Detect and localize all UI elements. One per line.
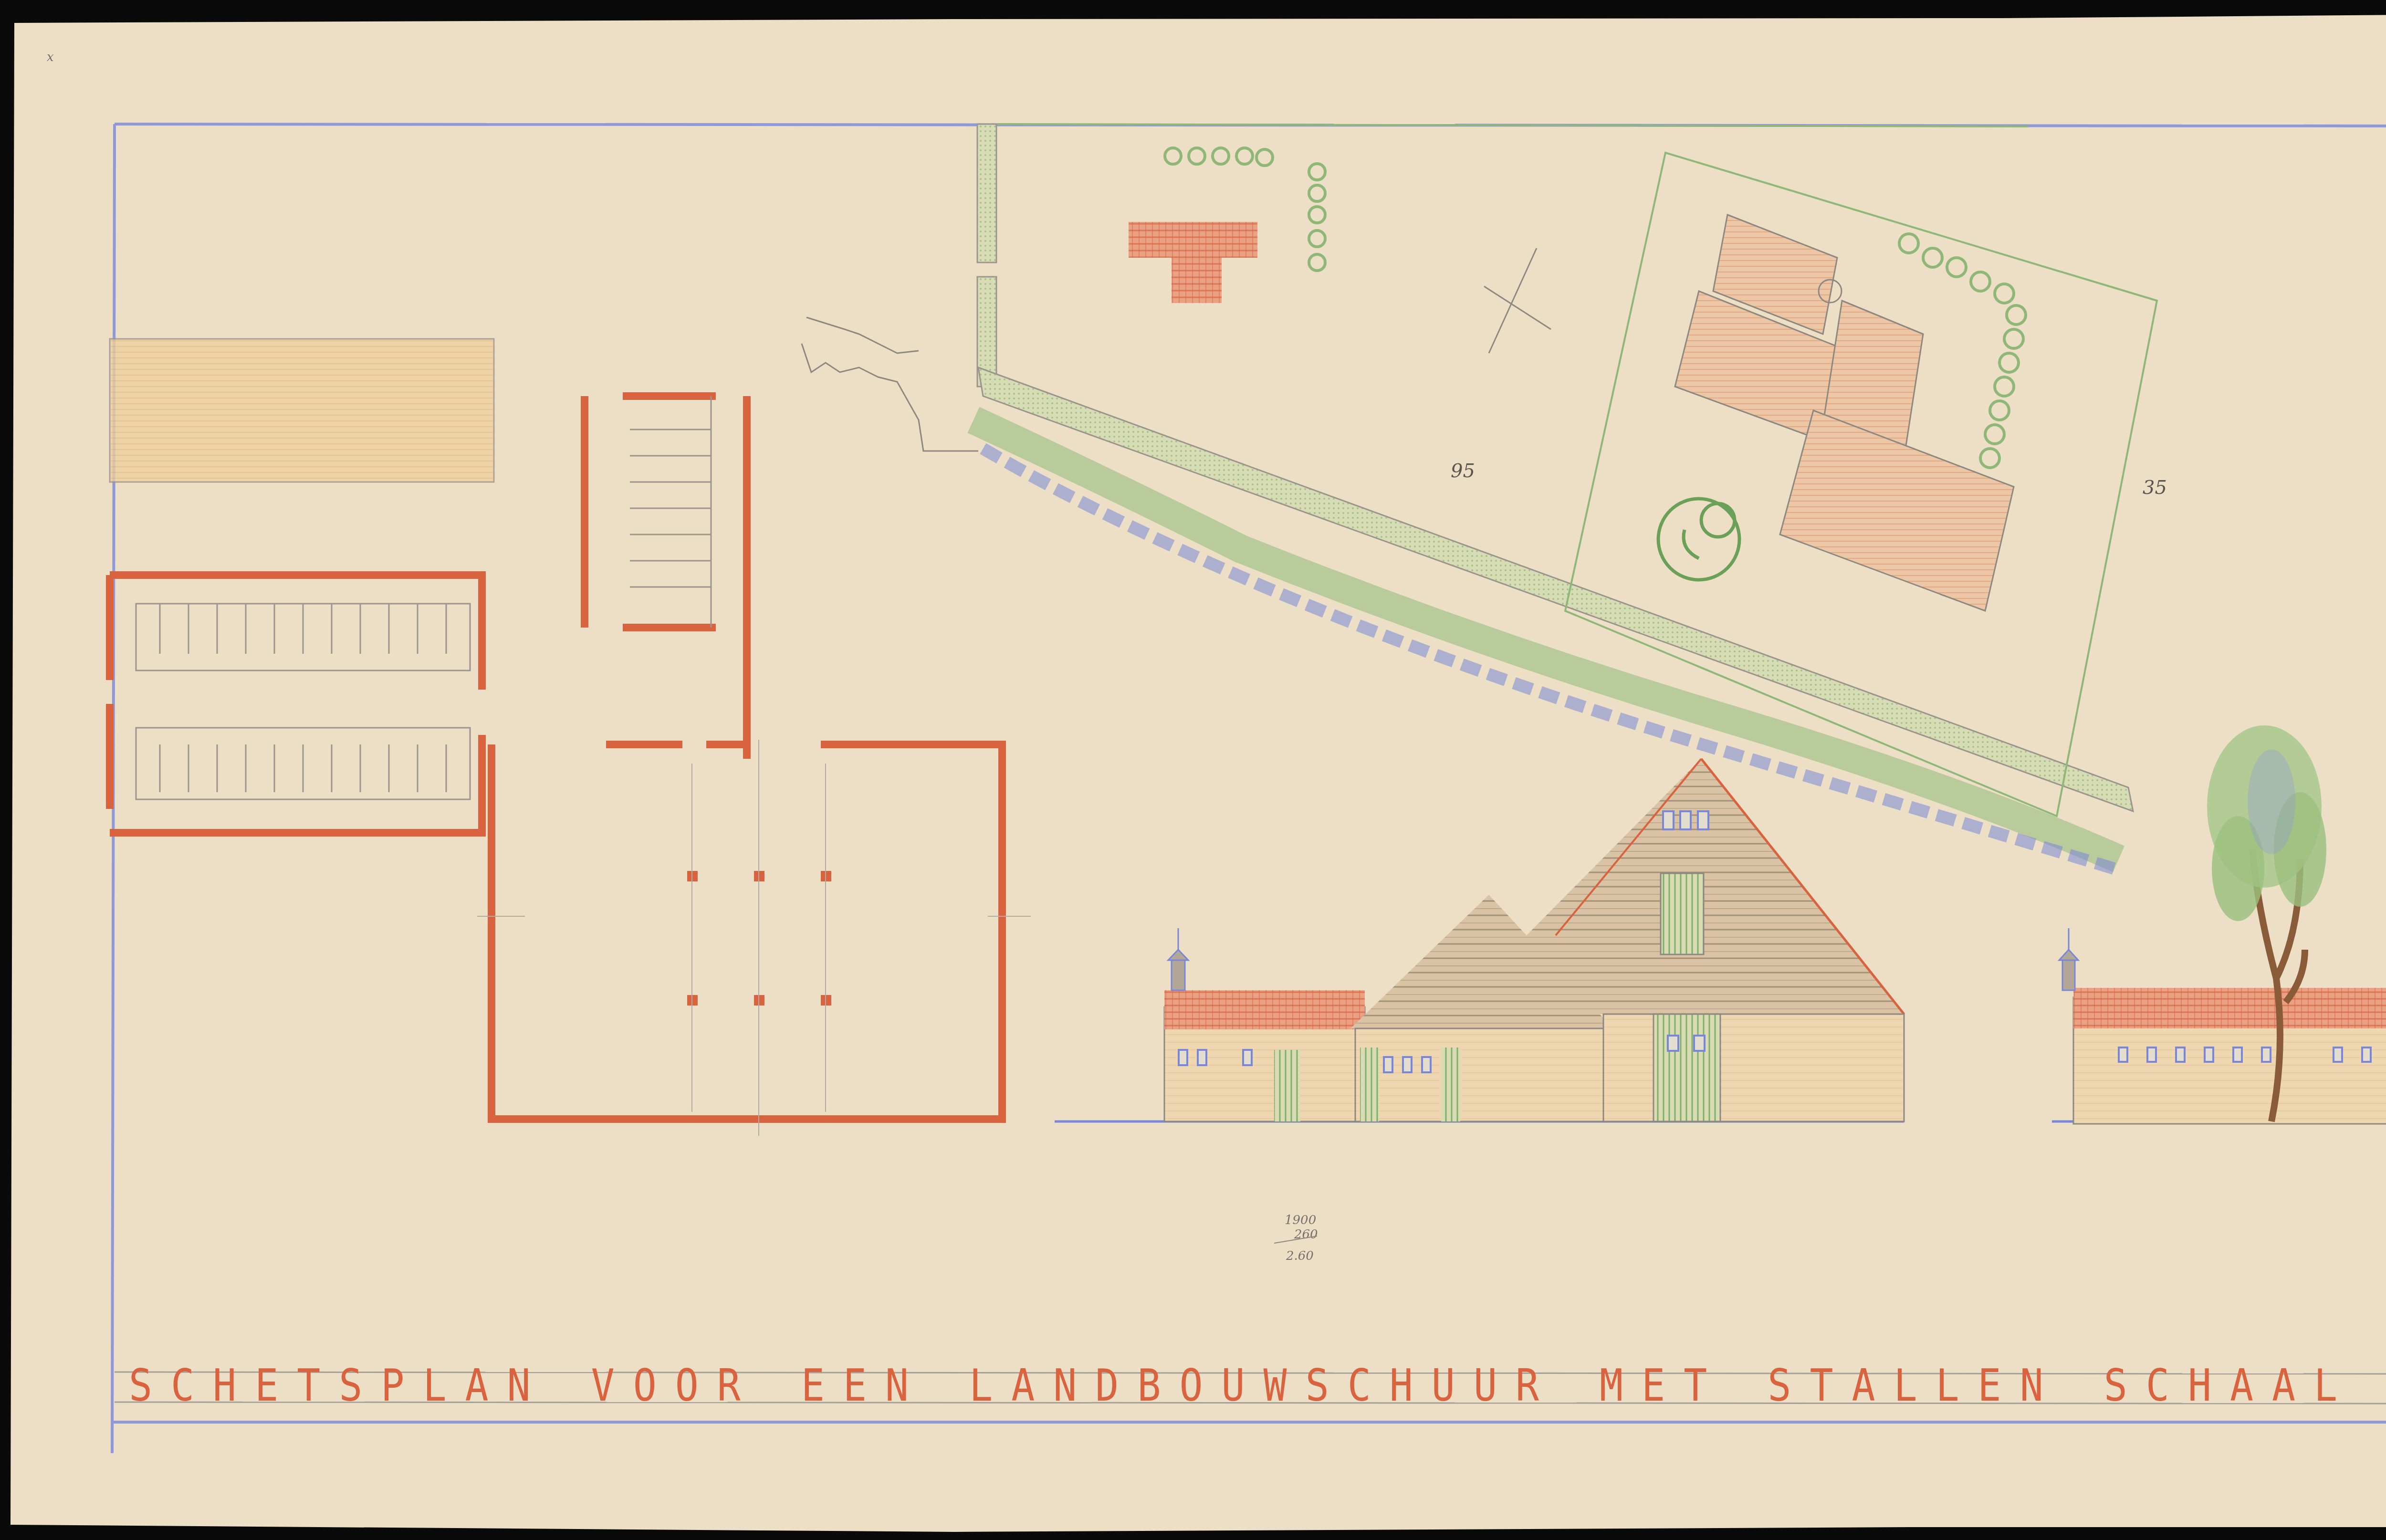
drawing-sheet: 95 35 (0, 0, 2386, 1540)
corner-mark: x (47, 50, 54, 64)
calc-line-3: 2.60 (1286, 1249, 1314, 1263)
site-dimension-35: 35 (2143, 477, 2167, 499)
sheet-title-caption: SCHETSPLAN VOOR EEN LANDBOUWSCHUUR MET S… (129, 1360, 2386, 1411)
calc-line-1: 1900 (1285, 1213, 1316, 1227)
mount-background: 95 35 (0, 0, 2386, 1540)
site-dimension-95: 95 (1451, 460, 1475, 482)
floor-plan-roof-sketch (110, 339, 494, 482)
